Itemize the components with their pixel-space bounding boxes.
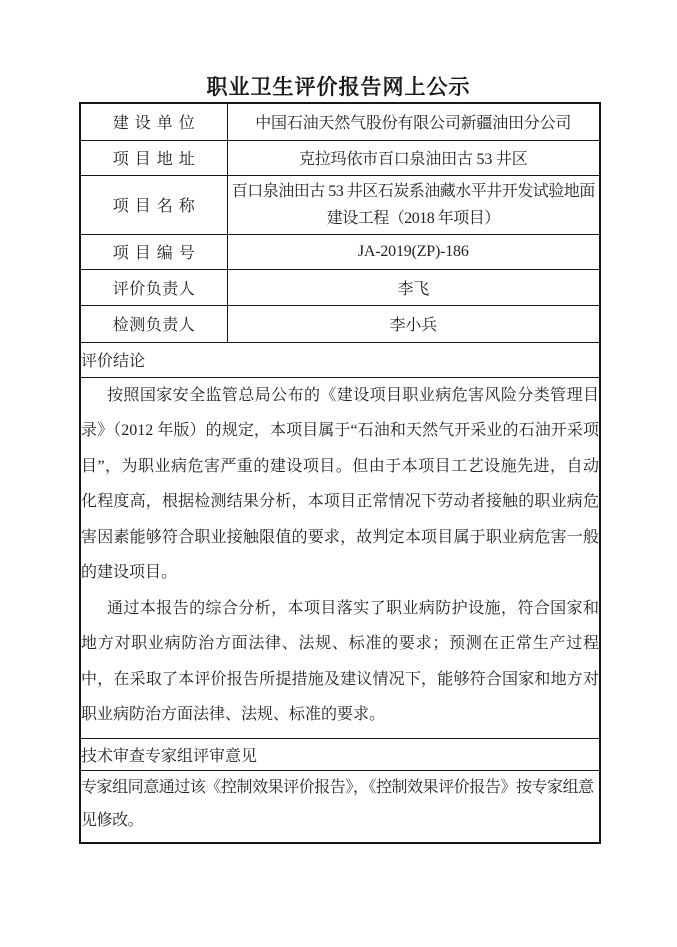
testing-leader-row: 检测负责人 李小兵 (80, 305, 600, 342)
document-page: 职业卫生评价报告网上公示 建设单位 中国石油天然气股份有限公司新疆油田分公司 项… (0, 0, 677, 947)
conclusion-header-row: 评价结论 (80, 342, 600, 377)
project-number-label-cell: 项目编号 (80, 234, 227, 269)
construction-unit-label: 建设单位 (113, 110, 195, 133)
project-address-label-cell: 项目地址 (80, 140, 227, 175)
expert-header: 技术审查专家组评审意见 (80, 738, 600, 770)
construction-unit-label-cell: 建设单位 (80, 103, 227, 140)
project-number-value: JA-2019(ZP)-186 (227, 234, 600, 269)
testing-leader-label: 检测负责人 (113, 312, 195, 335)
evaluation-leader-label: 评价负责人 (113, 276, 195, 299)
project-address-value: 克拉玛依市百口泉油田古 53 井区 (227, 140, 600, 175)
project-name-label-cell: 项目名称 (80, 175, 227, 234)
project-name-label: 项目名称 (113, 193, 195, 216)
publicity-table: 建设单位 中国石油天然气股份有限公司新疆油田分公司 项目地址 克拉玛依市百口泉油… (79, 102, 601, 844)
conclusion-paragraph-2: 通过本报告的综合分析，本项目落实了职业病防护设施，符合国家和地方对职业病防治方面… (81, 591, 599, 733)
construction-unit-row: 建设单位 中国石油天然气股份有限公司新疆油田分公司 (80, 103, 600, 140)
evaluation-leader-row: 评价负责人 李飞 (80, 269, 600, 305)
expert-header-row: 技术审查专家组评审意见 (80, 738, 600, 770)
testing-leader-label-cell: 检测负责人 (80, 305, 227, 342)
evaluation-leader-value: 李飞 (227, 269, 600, 305)
conclusion-paragraph-1: 按照国家安全监管总局公布的《建设项目职业病危害风险分类管理目录》（2012 年版… (81, 378, 599, 591)
page-title: 职业卫生评价报告网上公示 (0, 71, 677, 101)
conclusion-body-row: 按照国家安全监管总局公布的《建设项目职业病危害风险分类管理目录》（2012 年版… (80, 377, 600, 738)
conclusion-body-cell: 按照国家安全监管总局公布的《建设项目职业病危害风险分类管理目录》（2012 年版… (80, 377, 600, 738)
project-name-value: 百口泉油田古 53 井区石炭系油藏水平井开发试验地面建设工程（2018 年项目） (227, 175, 600, 234)
project-name-row: 项目名称 百口泉油田古 53 井区石炭系油藏水平井开发试验地面建设工程（2018… (80, 175, 600, 234)
construction-unit-value: 中国石油天然气股份有限公司新疆油田分公司 (227, 103, 600, 140)
evaluation-leader-label-cell: 评价负责人 (80, 269, 227, 305)
project-number-row: 项目编号 JA-2019(ZP)-186 (80, 234, 600, 269)
project-number-label: 项目编号 (113, 240, 195, 263)
project-address-label: 项目地址 (113, 146, 195, 169)
testing-leader-value: 李小兵 (227, 305, 600, 342)
project-address-row: 项目地址 克拉玛依市百口泉油田古 53 井区 (80, 140, 600, 175)
expert-opinion: 专家组同意通过该《控制效果评价报告》，《控制效果评价报告》按专家组意见修改。 (80, 770, 600, 843)
conclusion-header: 评价结论 (80, 342, 600, 377)
expert-opinion-row: 专家组同意通过该《控制效果评价报告》，《控制效果评价报告》按专家组意见修改。 (80, 770, 600, 843)
